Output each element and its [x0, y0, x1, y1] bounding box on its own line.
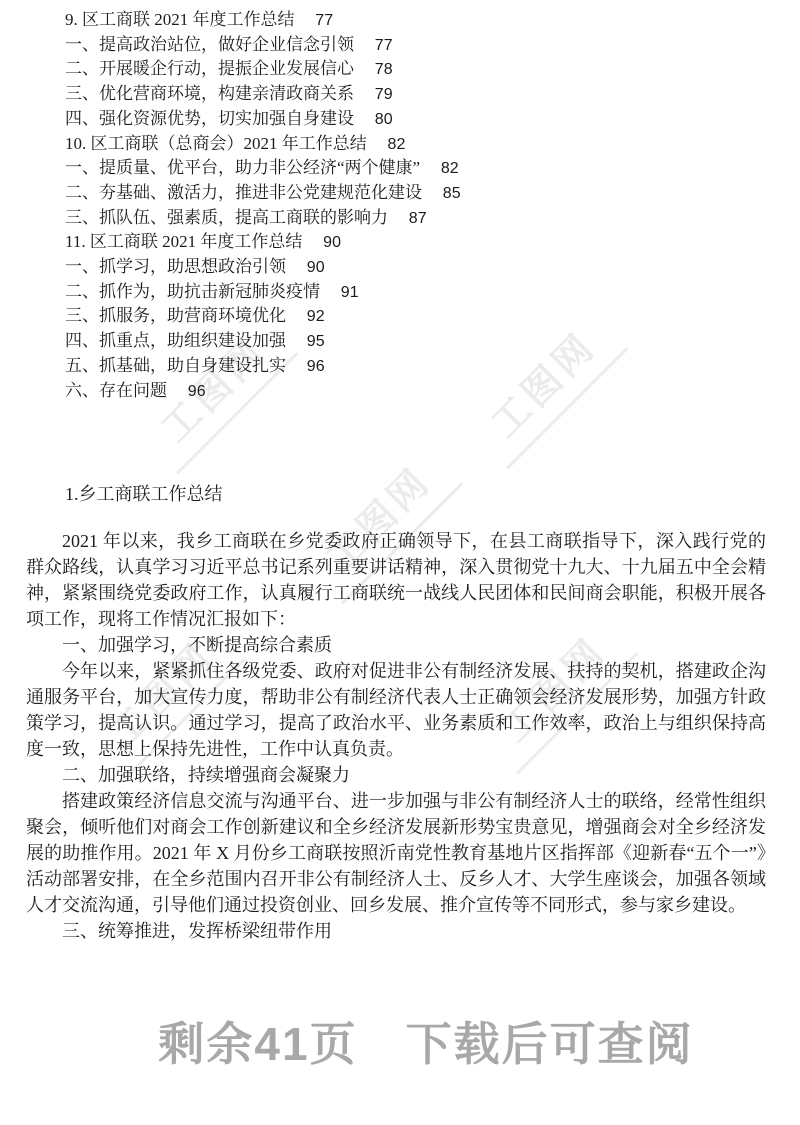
toc-entry: 三、抓服务，助营商环境优化92: [65, 304, 766, 329]
toc-entry-page-number: 96: [188, 380, 206, 404]
toc-entry-label: 11. 区工商联 2021 年度工作总结: [65, 230, 302, 254]
paragraph: 今年以来，紧紧抓住各级党委、政府对促进非公有制经济发展、扶持的契机，搭建政企沟通…: [26, 658, 766, 762]
toc-entry-page-number: 95: [307, 330, 325, 354]
toc-entry-page-number: 79: [375, 83, 393, 107]
toc-entry-label: 五、抓基础，助自身建设扎实: [65, 354, 286, 378]
toc-entry: 三、优化营商环境，构建亲清政商关系79: [65, 82, 766, 107]
toc-entry-label: 一、抓学习，助思想政治引领: [65, 255, 286, 279]
toc-entry-label: 二、抓作为，助抗击新冠肺炎疫情: [65, 280, 320, 304]
toc-entry-label: 四、抓重点，助组织建设加强: [65, 329, 286, 353]
toc-entry-page-number: 77: [375, 34, 393, 58]
toc-entry: 一、抓学习，助思想政治引领90: [65, 255, 766, 280]
subheading: 三、统筹推进，发挥桥梁纽带作用: [26, 918, 766, 944]
toc-entry: 五、抓基础，助自身建设扎实96: [65, 354, 766, 379]
toc-entry-page-number: 82: [388, 133, 406, 157]
toc-entry-page-number: 90: [323, 231, 341, 255]
toc-entry: 四、强化资源优势，切实加强自身建设80: [65, 107, 766, 132]
toc-entry: 9. 区工商联 2021 年度工作总结77: [65, 8, 766, 33]
toc-entry-label: 四、强化资源优势，切实加强自身建设: [65, 107, 354, 131]
toc-entry-page-number: 80: [375, 108, 393, 132]
paragraph: 2021 年以来，我乡工商联在乡党委政府正确领导下，在县工商联指导下，深入践行党…: [26, 528, 766, 632]
remaining-pages-banner: 剩余41页 下载后可查阅: [26, 1016, 800, 1072]
toc-entry-label: 二、夯基础、激活力，推进非公党建规范化建设: [65, 181, 422, 205]
toc-entry: 二、开展暖企行动，提振企业发展信心78: [65, 57, 766, 82]
toc-entry: 六、存在问题96: [65, 379, 766, 404]
toc-entry: 11. 区工商联 2021 年度工作总结90: [65, 230, 766, 255]
toc-entry-label: 一、提高政治站位，做好企业信念引领: [65, 33, 354, 57]
document-content: 9. 区工商联 2021 年度工作总结77 一、提高政治站位，做好企业信念引领7…: [0, 0, 800, 944]
table-of-contents: 9. 区工商联 2021 年度工作总结77 一、提高政治站位，做好企业信念引领7…: [26, 8, 766, 403]
toc-entry: 二、夯基础、激活力，推进非公党建规范化建设85: [65, 181, 766, 206]
toc-entry-page-number: 91: [341, 281, 359, 305]
toc-entry-label: 六、存在问题: [65, 379, 167, 403]
toc-entry-label: 一、提质量、优平台，助力非公经济“两个健康”: [65, 156, 420, 180]
toc-entry-label: 三、抓队伍、强素质，提高工商联的影响力: [65, 206, 388, 230]
toc-entry: 一、提高政治站位，做好企业信念引领77: [65, 33, 766, 58]
download-to-view-hint: 下载后可查阅: [406, 1016, 694, 1072]
toc-entry-page-number: 96: [307, 355, 325, 379]
remaining-pages-count: 剩余41页: [158, 1016, 357, 1072]
toc-entry: 二、抓作为，助抗击新冠肺炎疫情91: [65, 280, 766, 305]
toc-entry: 四、抓重点，助组织建设加强95: [65, 329, 766, 354]
document-body: 2021 年以来，我乡工商联在乡党委政府正确领导下，在县工商联指导下，深入践行党…: [26, 528, 766, 944]
paragraph: 搭建政策经济信息交流与沟通平台、进一步加强与非公有制经济人士的联络，经常性组织聚…: [26, 788, 766, 918]
toc-entry-label: 二、开展暖企行动，提振企业发展信心: [65, 57, 354, 81]
toc-entry-page-number: 85: [443, 182, 461, 206]
toc-entry-page-number: 92: [307, 305, 325, 329]
toc-entry: 10. 区工商联（总商会）2021 年工作总结82: [65, 132, 766, 157]
document-page: 工图网 工图网 工图网 工图网 工图网 9. 区工商联 2021 年度工作总结7…: [0, 0, 800, 1125]
toc-entry-page-number: 77: [315, 9, 333, 33]
toc-entry: 三、抓队伍、强素质，提高工商联的影响力87: [65, 206, 766, 231]
toc-entry-label: 三、抓服务，助营商环境优化: [65, 304, 286, 328]
toc-entry-label: 10. 区工商联（总商会）2021 年工作总结: [65, 132, 367, 156]
toc-entry-page-number: 78: [375, 58, 393, 82]
subheading: 二、加强联络，持续增强商会凝聚力: [26, 762, 766, 788]
toc-entry-page-number: 90: [307, 256, 325, 280]
toc-entry-page-number: 87: [409, 207, 427, 231]
toc-entry: 一、提质量、优平台，助力非公经济“两个健康”82: [65, 156, 766, 181]
toc-entry-label: 9. 区工商联 2021 年度工作总结: [65, 8, 295, 32]
section-title: 1.乡工商联工作总结: [26, 481, 766, 507]
toc-entry-label: 三、优化营商环境，构建亲清政商关系: [65, 82, 354, 106]
toc-entry-page-number: 82: [441, 157, 459, 181]
subheading: 一、加强学习，不断提高综合素质: [26, 632, 766, 658]
